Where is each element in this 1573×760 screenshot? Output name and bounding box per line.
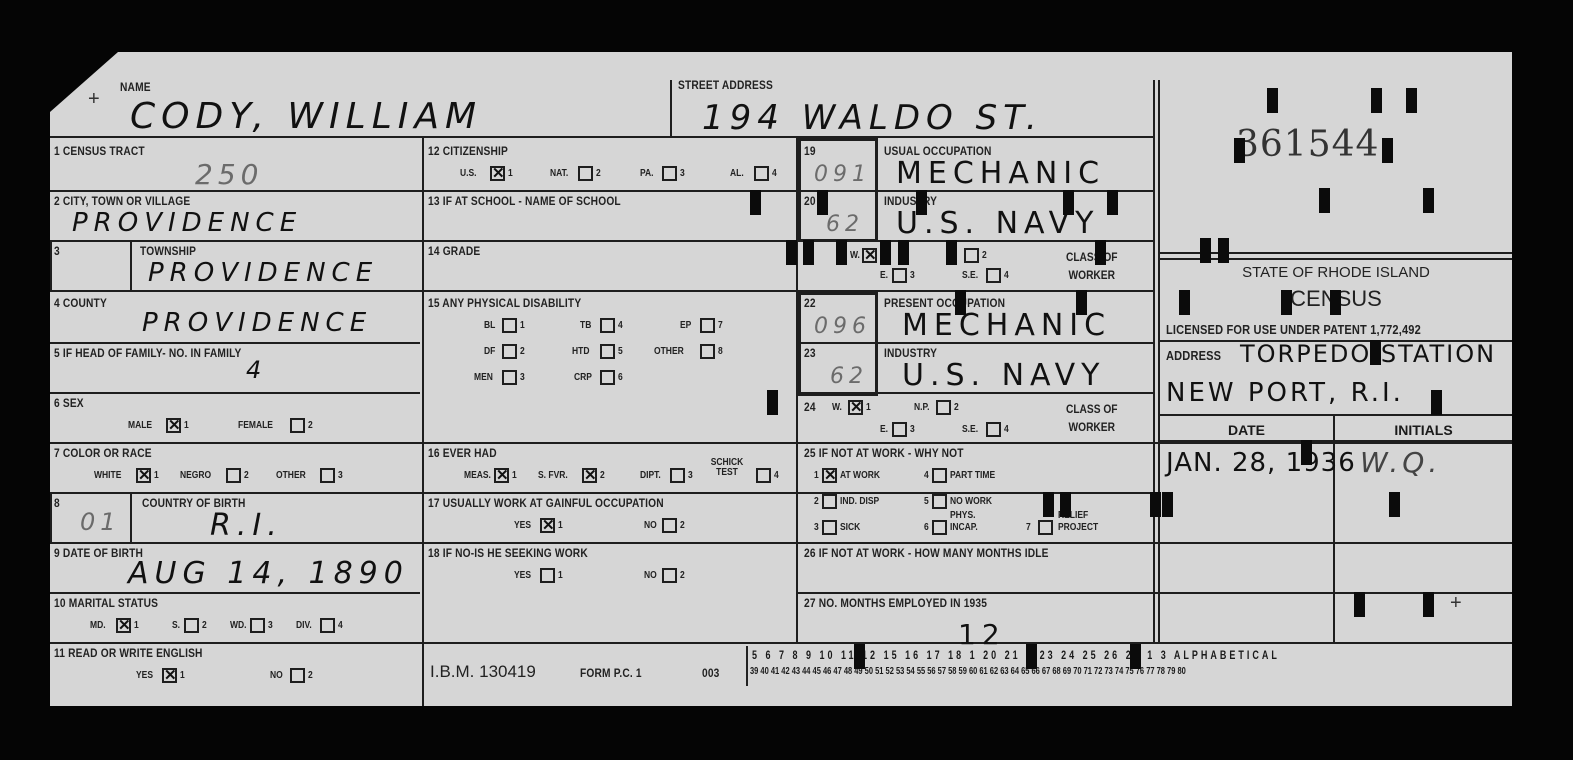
option-label: YES — [136, 670, 153, 681]
usual-occupation-value: MECHANIC — [896, 156, 1105, 191]
option-label: PA. — [640, 168, 654, 179]
option-label: N.P. — [914, 402, 929, 413]
single-checkbox[interactable] — [184, 618, 199, 633]
alien-checkbox[interactable] — [754, 166, 769, 181]
disability-label: 15 ANY PHYSICAL DISABILITY — [428, 296, 581, 310]
punch-hole — [1330, 290, 1341, 315]
option-code: 2 — [596, 168, 601, 179]
serial-number: 361544 — [1236, 124, 1379, 165]
option-label: DF — [484, 346, 495, 357]
divider — [1158, 80, 1160, 642]
punch-hole — [946, 240, 957, 265]
punch-hole — [1406, 88, 1417, 113]
option-code: 2 — [680, 570, 685, 581]
initials-label: INITIALS — [1335, 422, 1512, 438]
rule — [798, 592, 1512, 594]
option-label: NO — [644, 520, 657, 531]
citizenship-label: 12 CITIZENSHIP — [428, 144, 508, 158]
present-non-paid-checkbox[interactable] — [936, 400, 951, 415]
relief-project-checkbox[interactable] — [1038, 520, 1053, 535]
option-code: 7 — [1026, 522, 1031, 533]
married-checkbox[interactable] — [116, 618, 131, 633]
option-label: PHYS. INCAP. — [950, 510, 984, 534]
option-label: CRP — [574, 372, 592, 383]
present-wage-worker-checkbox[interactable] — [848, 400, 863, 415]
widowed-checkbox[interactable] — [250, 618, 265, 633]
self-employed-checkbox[interactable] — [986, 268, 1001, 283]
punch-hole — [955, 290, 966, 315]
option-label: WD. — [230, 620, 247, 631]
option-label: E. — [880, 424, 888, 435]
punch-hole — [750, 190, 761, 215]
country-code-value: 01 — [80, 508, 121, 536]
present-industry-value: U.S. NAVY — [902, 358, 1106, 393]
field-number: 22 — [804, 296, 816, 310]
option-label: NO — [644, 570, 657, 581]
option-label: W. — [832, 402, 842, 413]
punch-hole — [1095, 240, 1106, 265]
punch-hole — [1218, 238, 1229, 263]
census-tract-value: 250 — [195, 158, 263, 191]
field-number: 20 — [804, 194, 816, 208]
present-occupation-code: 096 — [814, 314, 871, 339]
punch-hole — [1043, 492, 1054, 517]
option-label: NO — [270, 670, 283, 681]
address-line1: TORPEDO STATION — [1240, 340, 1496, 368]
option-label: NO WORK — [950, 496, 992, 507]
name-value: CODY, WILLIAM — [130, 96, 482, 137]
divider — [1153, 80, 1155, 642]
other-disability-checkbox[interactable] — [700, 344, 715, 359]
industry-code: 62 — [826, 212, 864, 237]
mental-checkbox[interactable] — [502, 370, 517, 385]
divider — [422, 136, 424, 706]
county-label: 4 COUNTY — [54, 296, 107, 310]
punch-hole — [767, 390, 778, 415]
months-idle-label: 26 IF NOT AT WORK - HOW MANY MONTHS IDLE — [804, 546, 1049, 560]
option-code: 1 — [866, 402, 871, 413]
option-code: 1 — [184, 420, 189, 431]
registration-cross-icon: + — [1450, 592, 1462, 615]
family-size-label: 5 IF HEAD OF FAMILY- NO. IN FAMILY — [54, 346, 242, 360]
naturalized-checkbox[interactable] — [578, 166, 593, 181]
blind-checkbox[interactable] — [502, 318, 517, 333]
option-code: 2 — [680, 520, 685, 531]
punch-hole — [1162, 492, 1173, 517]
address-label: ADDRESS — [1166, 348, 1221, 363]
form-code: 003 — [702, 666, 720, 680]
form-number: FORM P.C. 1 — [580, 666, 642, 680]
option-label: MD. — [90, 620, 106, 631]
option-label: IND. DISP — [840, 496, 879, 507]
option-code: 2 — [308, 420, 313, 431]
punch-hole — [786, 240, 797, 265]
option-label: S.E. — [962, 270, 978, 281]
tb-checkbox[interactable] — [600, 318, 615, 333]
street-address-value: 194 WALDO ST. — [702, 98, 1043, 138]
family-size-value: 4 — [246, 356, 267, 384]
part-time-checkbox[interactable] — [932, 468, 947, 483]
option-label: DIV. — [296, 620, 312, 631]
township-label: TOWNSHIP — [140, 244, 196, 258]
date-value: JAN. 28, 1936 — [1166, 448, 1356, 478]
option-label: S. FVR. — [538, 470, 568, 481]
punch-hole — [803, 240, 814, 265]
option-label: U.S. — [460, 168, 477, 179]
marital-status-label: 10 MARITAL STATUS — [54, 596, 158, 610]
punch-hole — [1200, 238, 1211, 263]
rule — [798, 342, 878, 344]
option-code: 6 — [924, 522, 929, 533]
rule — [50, 290, 1155, 292]
punch-hole — [1281, 290, 1292, 315]
seeking-no-checkbox[interactable] — [662, 568, 677, 583]
option-code: 1 — [558, 520, 563, 531]
option-code: 1 — [512, 470, 517, 481]
other-race-checkbox[interactable] — [320, 468, 335, 483]
option-code: 1 — [154, 470, 159, 481]
ever-had-label: 16 EVER HAD — [428, 446, 497, 460]
option-code: 3 — [814, 522, 819, 533]
punch-hole — [1354, 592, 1365, 617]
option-label: SCHICK TEST — [710, 458, 744, 478]
option-code: 4 — [774, 470, 779, 481]
date-of-birth-value: AUG 14, 1890 — [128, 556, 409, 591]
option-label: NEGRO — [180, 470, 211, 481]
months-employed-label: 27 NO. MONTHS EMPLOYED IN 1935 — [804, 596, 987, 610]
option-label: W. — [850, 250, 860, 261]
rule — [50, 442, 1512, 444]
deaf-checkbox[interactable] — [502, 344, 517, 359]
option-label: S.E. — [962, 424, 978, 435]
punch-hole — [1107, 190, 1118, 215]
gainful-occupation-label: 17 USUALLY WORK AT GAINFUL OCCUPATION — [428, 496, 664, 510]
epilepsy-checkbox[interactable] — [700, 318, 715, 333]
country-number: 8 — [54, 496, 60, 510]
divorced-checkbox[interactable] — [320, 618, 335, 633]
address-line2: NEW PORT, R.I. — [1166, 378, 1404, 408]
option-label: HTD — [572, 346, 589, 357]
city-value: PROVIDENCE — [72, 208, 302, 238]
punch-hole — [1130, 644, 1141, 669]
rule — [1160, 414, 1512, 416]
option-label: EP — [680, 320, 691, 331]
option-code: 3 — [520, 372, 525, 383]
rule — [50, 642, 1512, 644]
option-code: 3 — [910, 270, 915, 281]
punch-hole — [1319, 188, 1330, 213]
state-title: STATE OF RHODE ISLAND — [1160, 264, 1512, 281]
why-not-working-label: 25 IF NOT AT WORK - WHY NOT — [804, 446, 964, 460]
race-label: 7 COLOR OR RACE — [54, 446, 152, 460]
county-value: PROVIDENCE — [142, 308, 372, 338]
punch-hole — [1234, 138, 1245, 163]
option-code: 2 — [520, 346, 525, 357]
column-numbers: 39 40 41 42 43 44 45 46 47 48 49 50 51 5… — [750, 666, 1186, 677]
street-address-label: STREET ADDRESS — [678, 78, 773, 92]
english-label: 11 READ OR WRITE ENGLISH — [54, 646, 203, 660]
initials-value: W.Q. — [1360, 446, 1441, 479]
registration-cross-icon: + — [88, 88, 100, 111]
punch-hole — [1389, 492, 1400, 517]
option-label: OTHER — [654, 346, 684, 357]
option-label: S. — [172, 620, 180, 631]
option-label: NAT. — [550, 168, 568, 179]
option-label: FEMALE — [238, 420, 273, 431]
option-code: 4 — [1004, 270, 1009, 281]
punch-hole — [854, 644, 865, 669]
seeking-work-label: 18 IF NO-IS HE SEEKING WORK — [428, 546, 588, 560]
punch-hole — [1150, 492, 1161, 517]
us-citizen-checkbox[interactable] — [490, 166, 505, 181]
scarlet-fever-checkbox[interactable] — [582, 468, 597, 483]
option-code: 1 — [558, 570, 563, 581]
punch-hole — [1063, 190, 1074, 215]
punch-hole — [1423, 188, 1434, 213]
punch-hole — [1179, 290, 1190, 315]
male-checkbox[interactable] — [166, 418, 181, 433]
gainful-yes-checkbox[interactable] — [540, 518, 555, 533]
option-label: E. — [880, 270, 888, 281]
white-checkbox[interactable] — [136, 468, 151, 483]
english-no-checkbox[interactable] — [290, 668, 305, 683]
option-code: 7 — [718, 320, 723, 331]
option-code: 4 — [338, 620, 343, 631]
option-code: 2 — [954, 402, 959, 413]
diphtheria-checkbox[interactable] — [670, 468, 685, 483]
option-label: PART TIME — [950, 470, 995, 481]
city-label: 2 CITY, TOWN OR VILLAGE — [54, 194, 190, 208]
crippled-checkbox[interactable] — [600, 370, 615, 385]
township-value: PROVIDENCE — [148, 258, 378, 288]
field-number: 24 — [804, 400, 816, 414]
measles-checkbox[interactable] — [494, 468, 509, 483]
country-of-birth-value: R.I. — [210, 508, 283, 543]
option-code: 3 — [910, 424, 915, 435]
present-self-employed-checkbox[interactable] — [986, 422, 1001, 437]
sick-checkbox[interactable] — [822, 520, 837, 535]
option-label: YES — [514, 520, 531, 531]
option-label: AL. — [730, 168, 744, 179]
usual-occupation-code: 091 — [814, 162, 871, 187]
english-yes-checkbox[interactable] — [162, 668, 177, 683]
census-tract-label: 1 CENSUS TRACT — [54, 144, 145, 158]
option-code: 5 — [924, 496, 929, 507]
option-label: YES — [514, 570, 531, 581]
census-card: + + NAME CODY, WILLIAM STREET ADDRESS 19… — [50, 52, 1512, 706]
code-box — [50, 240, 132, 292]
option-code: 1 — [134, 620, 139, 631]
negro-checkbox[interactable] — [226, 468, 241, 483]
schick-test-checkbox[interactable] — [756, 468, 771, 483]
option-label: DIPT. — [640, 470, 661, 481]
school-label: 13 IF AT SCHOOL - NAME OF SCHOOL — [428, 194, 621, 208]
phys-incap-checkbox[interactable] — [932, 520, 947, 535]
option-label: TB — [580, 320, 591, 331]
option-label: MEN — [474, 372, 493, 383]
option-code: 1 — [814, 470, 819, 481]
punch-hole — [1076, 290, 1087, 315]
option-code: 1 — [520, 320, 525, 331]
rule — [50, 392, 420, 394]
option-label: SICK — [840, 522, 860, 533]
at-work-checkbox[interactable] — [822, 468, 837, 483]
rule — [50, 592, 420, 594]
field-number: 19 — [804, 144, 816, 158]
option-label: MEAS. — [464, 470, 491, 481]
punch-hole — [1431, 390, 1442, 415]
rule — [798, 190, 878, 192]
field-group-numbers: 5 6 7 8 9 10 11 12 15 16 17 18 1 20 21 2… — [752, 648, 1280, 662]
option-code: 2 — [982, 250, 987, 261]
punch-hole — [1060, 492, 1071, 517]
option-code: 8 — [718, 346, 723, 357]
option-code: 2 — [600, 470, 605, 481]
rule — [50, 136, 1155, 138]
punch-hole — [1370, 340, 1381, 365]
punch-hole — [1423, 592, 1434, 617]
employer-checkbox[interactable] — [892, 268, 907, 283]
option-code: 4 — [618, 320, 623, 331]
option-code: 6 — [618, 372, 623, 383]
punch-hole — [898, 240, 909, 265]
rule — [1160, 252, 1512, 254]
seeking-yes-checkbox[interactable] — [540, 568, 555, 583]
rule — [50, 492, 1155, 494]
sex-label: 6 SEX — [54, 396, 84, 410]
option-label: OTHER — [276, 470, 306, 481]
punch-hole — [1267, 88, 1278, 113]
class-of-worker-label: CLASS OF WORKER — [1062, 248, 1122, 284]
punch-hole — [916, 190, 927, 215]
non-paid-checkbox[interactable] — [964, 248, 979, 263]
rule — [1160, 440, 1512, 442]
first-papers-checkbox[interactable] — [662, 166, 677, 181]
ind-disp-checkbox[interactable] — [822, 494, 837, 509]
option-code: 4 — [1004, 424, 1009, 435]
punch-hole — [1026, 644, 1037, 669]
option-code: 1 — [508, 168, 513, 179]
punch-hole — [1371, 88, 1382, 113]
option-code: 2 — [814, 496, 819, 507]
punch-hole — [880, 240, 891, 265]
no-work-checkbox[interactable] — [932, 494, 947, 509]
option-code: 4 — [772, 168, 777, 179]
name-label: NAME — [120, 80, 151, 94]
option-code: 3 — [338, 470, 343, 481]
option-label: AT WORK — [840, 470, 880, 481]
present-industry-code: 62 — [830, 364, 868, 389]
punch-hole — [1382, 138, 1393, 163]
patent-text: LICENSED FOR USE UNDER PATENT 1,772,492 — [1166, 322, 1421, 337]
date-label: DATE — [1160, 422, 1333, 438]
option-label: BL — [484, 320, 495, 331]
option-code: 3 — [688, 470, 693, 481]
punch-hole — [1301, 440, 1312, 465]
heart-checkbox[interactable] — [600, 344, 615, 359]
option-code: 4 — [924, 470, 929, 481]
punch-hole — [836, 240, 847, 265]
option-code: 3 — [680, 168, 685, 179]
option-label: MALE — [128, 420, 152, 431]
option-label: WHITE — [94, 470, 121, 481]
rule — [50, 342, 420, 344]
field-number: 23 — [804, 346, 816, 360]
punch-hole — [817, 190, 828, 215]
present-employer-checkbox[interactable] — [892, 422, 907, 437]
option-code: 2 — [244, 470, 249, 481]
divider — [670, 80, 672, 136]
option-code: 2 — [308, 670, 313, 681]
option-code: 3 — [268, 620, 273, 631]
female-checkbox[interactable] — [290, 418, 305, 433]
rule — [1160, 258, 1512, 260]
grade-label: 14 GRADE — [428, 244, 480, 258]
class-of-worker-label: CLASS OF WORKER — [1062, 400, 1122, 436]
wage-worker-checkbox[interactable] — [862, 248, 877, 263]
ibm-number: I.B.M. 130419 — [430, 662, 536, 682]
option-code: 5 — [618, 346, 623, 357]
option-code: 2 — [202, 620, 207, 631]
gainful-no-checkbox[interactable] — [662, 518, 677, 533]
option-code: 1 — [180, 670, 185, 681]
